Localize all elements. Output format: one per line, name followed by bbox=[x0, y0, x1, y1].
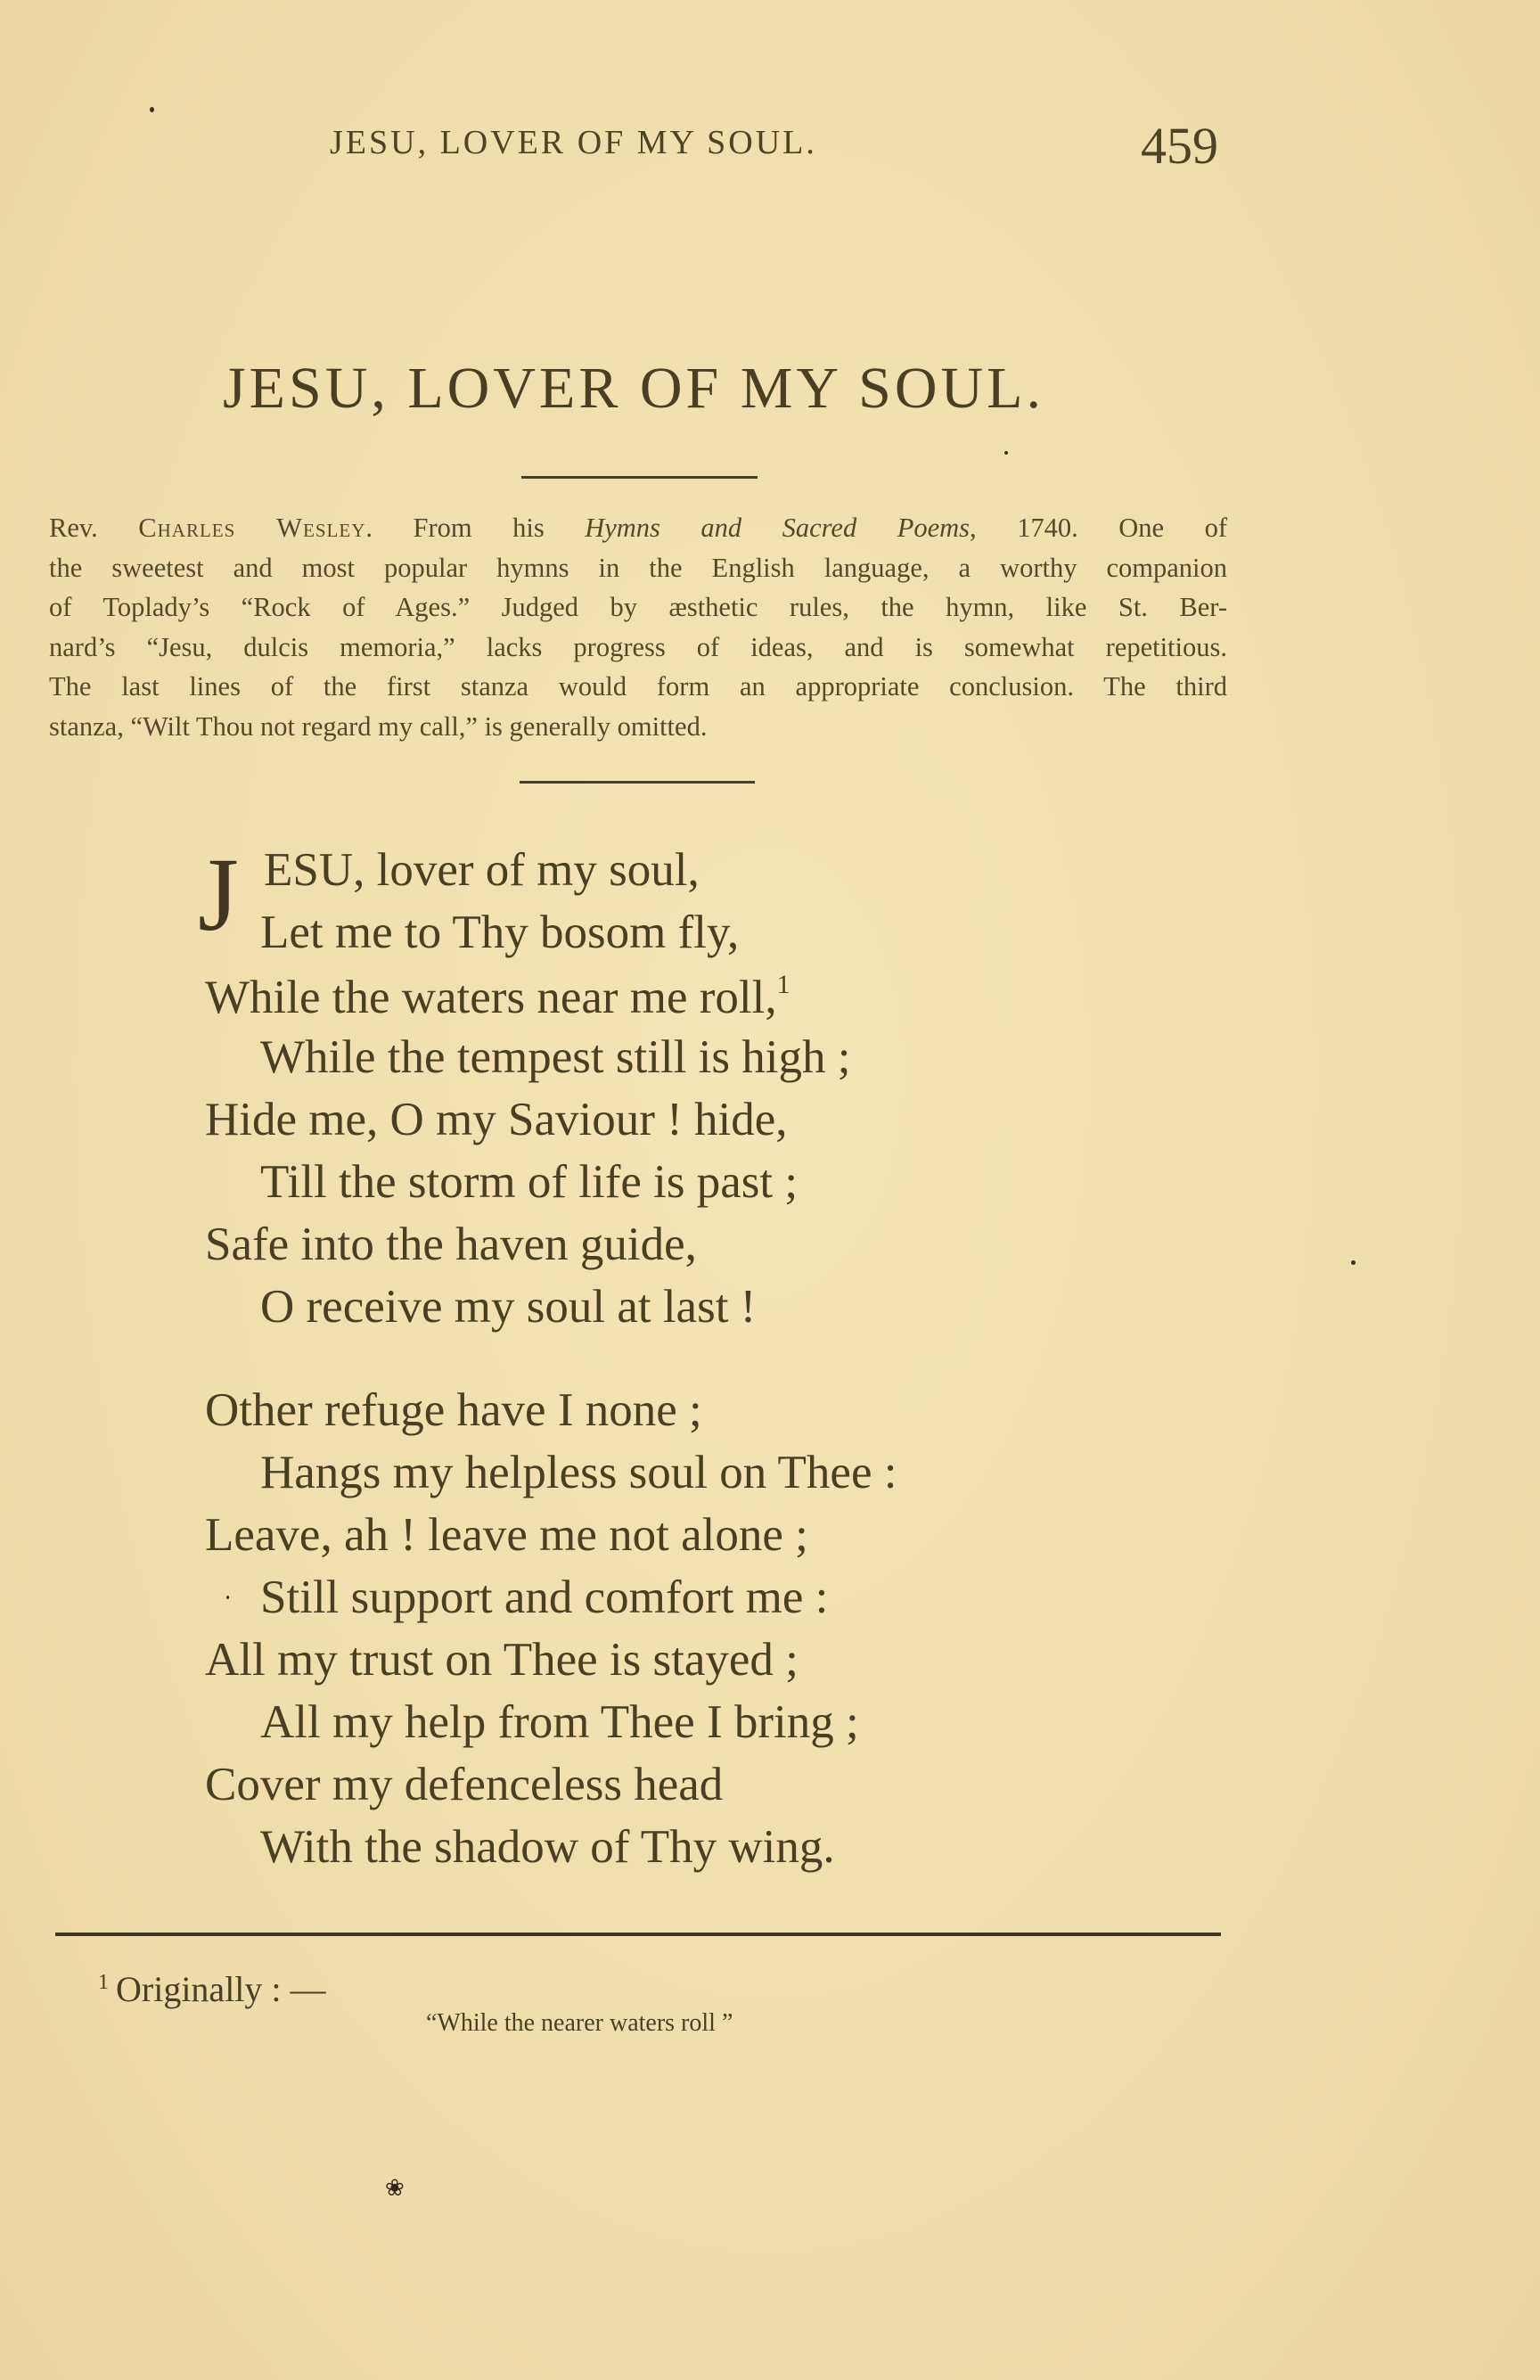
verse-line: All my help from Thee I bring ; bbox=[260, 1699, 859, 1746]
intro-line-3: of Toplady’s “Rock of Ages.” Judged by æ… bbox=[49, 587, 1227, 628]
verse-line: With the shadow of Thy wing. bbox=[260, 1824, 835, 1871]
verse-line: Cover my defenceless head bbox=[205, 1761, 723, 1809]
verse-line: ESU, lover of my soul, bbox=[264, 847, 700, 894]
print-speck bbox=[1351, 1260, 1356, 1265]
title-divider bbox=[521, 476, 758, 479]
footnote-marker: 1 bbox=[98, 1971, 109, 1994]
source-title: Hymns and Sacred Poems bbox=[585, 513, 970, 543]
footnote-quote: “While the nearer waters roll ” bbox=[426, 2009, 733, 2038]
printer-ornament-icon: ❀ bbox=[385, 2175, 405, 2202]
print-speck bbox=[226, 1596, 229, 1599]
intro-text: , 1740. One of bbox=[970, 513, 1227, 543]
intro-line-4: nard’s “Jesu, dulcis memoria,” lacks pro… bbox=[49, 628, 1227, 668]
verse-line: Till the storm of life is past ; bbox=[260, 1159, 798, 1206]
verse-line: Hide me, O my Saviour ! hide, bbox=[205, 1096, 788, 1144]
intro-line-6: stanza, “Wilt Thou not regard my call,” … bbox=[49, 707, 1227, 747]
verse-line: While the waters near me roll,1 bbox=[205, 972, 790, 1022]
verse-line: While the tempest still is high ; bbox=[260, 1034, 850, 1081]
hymn-title: JESU, LOVER OF MY SOUL. bbox=[223, 355, 1044, 423]
verse-text: While the waters near me roll, bbox=[205, 972, 777, 1023]
footnote-divider bbox=[55, 1933, 1221, 1936]
footnote: 1Originally : — bbox=[98, 1968, 326, 2010]
verse-line: Safe into the haven guide, bbox=[205, 1221, 697, 1268]
intro-divider bbox=[520, 781, 755, 784]
page-number: 459 bbox=[1141, 116, 1218, 176]
intro-text: Rev. bbox=[49, 513, 138, 543]
footnote-label: Originally : — bbox=[116, 1969, 326, 2009]
intro-paragraph: Rev. Charles Wesley. From his Hymns and … bbox=[49, 508, 1227, 746]
verse-line: Let me to Thy bosom fly, bbox=[260, 909, 739, 956]
verse-line: Leave, ah ! leave me not alone ; bbox=[205, 1512, 808, 1559]
footnote-reference: 1 bbox=[777, 970, 790, 999]
drop-cap: J bbox=[198, 842, 239, 948]
author-name: Charles Wesley bbox=[138, 513, 365, 543]
verse-line: All my trust on Thee is stayed ; bbox=[205, 1637, 799, 1684]
print-speck bbox=[150, 107, 154, 112]
verse-line: Still support and comfort me : bbox=[260, 1574, 828, 1621]
verse-line: Other refuge have I none ; bbox=[205, 1387, 702, 1434]
intro-line-1: Rev. Charles Wesley. From his Hymns and … bbox=[49, 508, 1227, 548]
running-header-title: JESU, LOVER OF MY SOUL. bbox=[330, 123, 817, 162]
verse-line: Hangs my helpless soul on Thee : bbox=[260, 1449, 897, 1497]
intro-text: . From his bbox=[365, 513, 585, 543]
verse-line: O receive my soul at last ! bbox=[260, 1284, 756, 1331]
print-speck bbox=[1004, 451, 1008, 455]
intro-line-5: The last lines of the first stanza would… bbox=[49, 667, 1227, 707]
intro-line-2: the sweetest and most popular hymns in t… bbox=[49, 548, 1227, 588]
